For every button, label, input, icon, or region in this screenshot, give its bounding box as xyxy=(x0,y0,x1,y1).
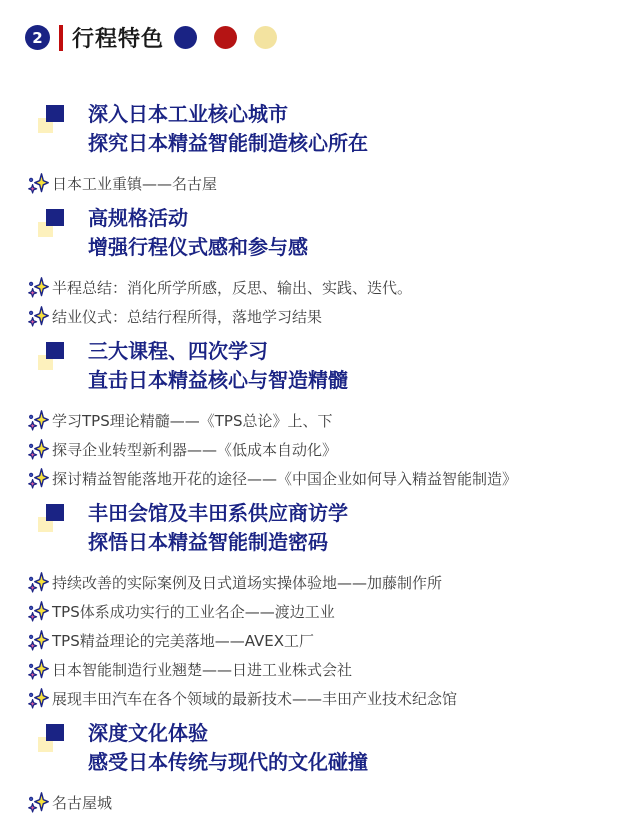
section-title-line2: 感受日本传统与现代的文化碰撞 xyxy=(88,748,368,777)
bullet-text: 名古屋城 xyxy=(52,792,112,813)
title-divider-bar xyxy=(59,25,63,51)
feature-section: 高规格活动 增强行程仪式感和参与感 半程总结：消化所学所感，反思、输出、实践、迭… xyxy=(28,204,629,331)
sparkle-icon xyxy=(28,277,49,298)
bullet-item: TPS体系成功实行的工业名企——渡边工业 xyxy=(28,597,629,626)
bullet-text: 探寻企业转型新利器——《低成本自动化》 xyxy=(52,439,337,460)
section-number-badge: 2 xyxy=(25,25,50,50)
decorative-dots xyxy=(174,26,277,49)
sparkle-icon xyxy=(28,306,49,327)
sparkle-icon xyxy=(28,468,49,489)
sparkle-icon xyxy=(28,688,49,709)
section-title-line2: 探悟日本精益智能制造密码 xyxy=(88,528,348,557)
bullet-item: 半程总结：消化所学所感，反思、输出、实践、迭代。 xyxy=(28,273,629,302)
section-heading-row: 丰田会馆及丰田系供应商访学 探悟日本精益智能制造密码 xyxy=(28,499,629,557)
page-header: 2 行程特色 xyxy=(25,22,629,53)
bullet-text: 展现丰田汽车在各个领域的最新技术——丰田产业技术纪念馆 xyxy=(52,688,457,709)
sparkle-icon xyxy=(28,630,49,651)
section-title-line2: 探究日本精益智能制造核心所在 xyxy=(88,129,368,158)
section-title-line1: 高规格活动 xyxy=(88,204,308,233)
navy-square xyxy=(46,342,64,359)
feature-section: 深入日本工业核心城市 探究日本精益智能制造核心所在 日本工业重镇——名古屋 xyxy=(28,100,629,198)
feature-section: 三大课程、四次学习 直击日本精益核心与智造精髓 学习TPS理论精髓——《TPS总… xyxy=(28,337,629,493)
bullet-list: 学习TPS理论精髓——《TPS总论》上、下 探寻企业转型新利器——《低成本自动化… xyxy=(28,406,629,493)
bullet-item: TPS精益理论的完美落地——AVEX工厂 xyxy=(28,626,629,655)
overlap-squares-icon xyxy=(38,209,68,241)
overlap-squares-icon xyxy=(38,724,68,756)
bullet-item: 名古屋城 xyxy=(28,788,629,817)
bullet-text: 日本智能制造行业翘楚——日进工业株式会社 xyxy=(52,659,352,680)
bullet-list: 名古屋城 xyxy=(28,788,629,817)
section-title: 深入日本工业核心城市 探究日本精益智能制造核心所在 xyxy=(88,100,368,158)
section-title-line2: 增强行程仪式感和参与感 xyxy=(88,233,308,262)
navy-square xyxy=(46,724,64,741)
section-title-line1: 深入日本工业核心城市 xyxy=(88,100,368,129)
bullet-item: 学习TPS理论精髓——《TPS总论》上、下 xyxy=(28,406,629,435)
bullet-text: 日本工业重镇——名古屋 xyxy=(52,173,217,194)
sparkle-icon xyxy=(28,439,49,460)
feature-sections: 深入日本工业核心城市 探究日本精益智能制造核心所在 日本工业重镇——名古屋 高规… xyxy=(28,100,629,817)
overlap-squares-icon xyxy=(38,342,68,374)
bullet-text: TPS精益理论的完美落地——AVEX工厂 xyxy=(52,630,314,651)
bullet-item: 持续改善的实际案例及日式道场实操体验地——加藤制作所 xyxy=(28,568,629,597)
section-heading-row: 深度文化体验 感受日本传统与现代的文化碰撞 xyxy=(28,719,629,777)
page-title: 行程特色 xyxy=(72,22,164,53)
sparkle-icon xyxy=(28,173,49,194)
bullet-text: TPS体系成功实行的工业名企——渡边工业 xyxy=(52,601,335,622)
section-title: 丰田会馆及丰田系供应商访学 探悟日本精益智能制造密码 xyxy=(88,499,348,557)
overlap-squares-icon xyxy=(38,504,68,536)
bullet-list: 持续改善的实际案例及日式道场实操体验地——加藤制作所 TPS体系成功实行的工业名… xyxy=(28,568,629,713)
sparkle-icon xyxy=(28,792,49,813)
section-heading-row: 深入日本工业核心城市 探究日本精益智能制造核心所在 xyxy=(28,100,629,158)
sparkle-icon xyxy=(28,659,49,680)
decor-dot-2 xyxy=(254,26,277,49)
section-heading-row: 三大课程、四次学习 直击日本精益核心与智造精髓 xyxy=(28,337,629,395)
section-title-line1: 深度文化体验 xyxy=(88,719,368,748)
bullet-text: 结业仪式：总结行程所得，落地学习结果 xyxy=(52,306,322,327)
navy-square xyxy=(46,209,64,226)
section-title-line1: 丰田会馆及丰田系供应商访学 xyxy=(88,499,348,528)
navy-square xyxy=(46,105,64,122)
feature-section: 深度文化体验 感受日本传统与现代的文化碰撞 名古屋城 xyxy=(28,719,629,817)
bullet-item: 展现丰田汽车在各个领域的最新技术——丰田产业技术纪念馆 xyxy=(28,684,629,713)
overlap-squares-icon xyxy=(38,105,68,137)
bullet-item: 日本工业重镇——名古屋 xyxy=(28,169,629,198)
decor-dot-0 xyxy=(174,26,197,49)
bullet-text: 持续改善的实际案例及日式道场实操体验地——加藤制作所 xyxy=(52,572,442,593)
feature-section: 丰田会馆及丰田系供应商访学 探悟日本精益智能制造密码 持续改善的实际案例及日式道… xyxy=(28,499,629,713)
section-title-line1: 三大课程、四次学习 xyxy=(88,337,348,366)
sparkle-icon xyxy=(28,601,49,622)
bullet-item: 探讨精益智能落地开花的途径——《中国企业如何导入精益智能制造》 xyxy=(28,464,629,493)
bullet-list: 半程总结：消化所学所感，反思、输出、实践、迭代。 结业仪式：总结行程所得，落地学… xyxy=(28,273,629,331)
section-heading-row: 高规格活动 增强行程仪式感和参与感 xyxy=(28,204,629,262)
bullet-text: 探讨精益智能落地开花的途径——《中国企业如何导入精益智能制造》 xyxy=(52,468,517,489)
navy-square xyxy=(46,504,64,521)
sparkle-icon xyxy=(28,572,49,593)
sparkle-icon xyxy=(28,410,49,431)
bullet-item: 日本智能制造行业翘楚——日进工业株式会社 xyxy=(28,655,629,684)
decor-dot-1 xyxy=(214,26,237,49)
section-title-line2: 直击日本精益核心与智造精髓 xyxy=(88,366,348,395)
bullet-list: 日本工业重镇——名古屋 xyxy=(28,169,629,198)
section-title: 深度文化体验 感受日本传统与现代的文化碰撞 xyxy=(88,719,368,777)
bullet-item: 探寻企业转型新利器——《低成本自动化》 xyxy=(28,435,629,464)
section-title: 三大课程、四次学习 直击日本精益核心与智造精髓 xyxy=(88,337,348,395)
section-title: 高规格活动 增强行程仪式感和参与感 xyxy=(88,204,308,262)
bullet-item: 结业仪式：总结行程所得，落地学习结果 xyxy=(28,302,629,331)
bullet-text: 学习TPS理论精髓——《TPS总论》上、下 xyxy=(52,410,332,431)
bullet-text: 半程总结：消化所学所感，反思、输出、实践、迭代。 xyxy=(52,277,412,298)
